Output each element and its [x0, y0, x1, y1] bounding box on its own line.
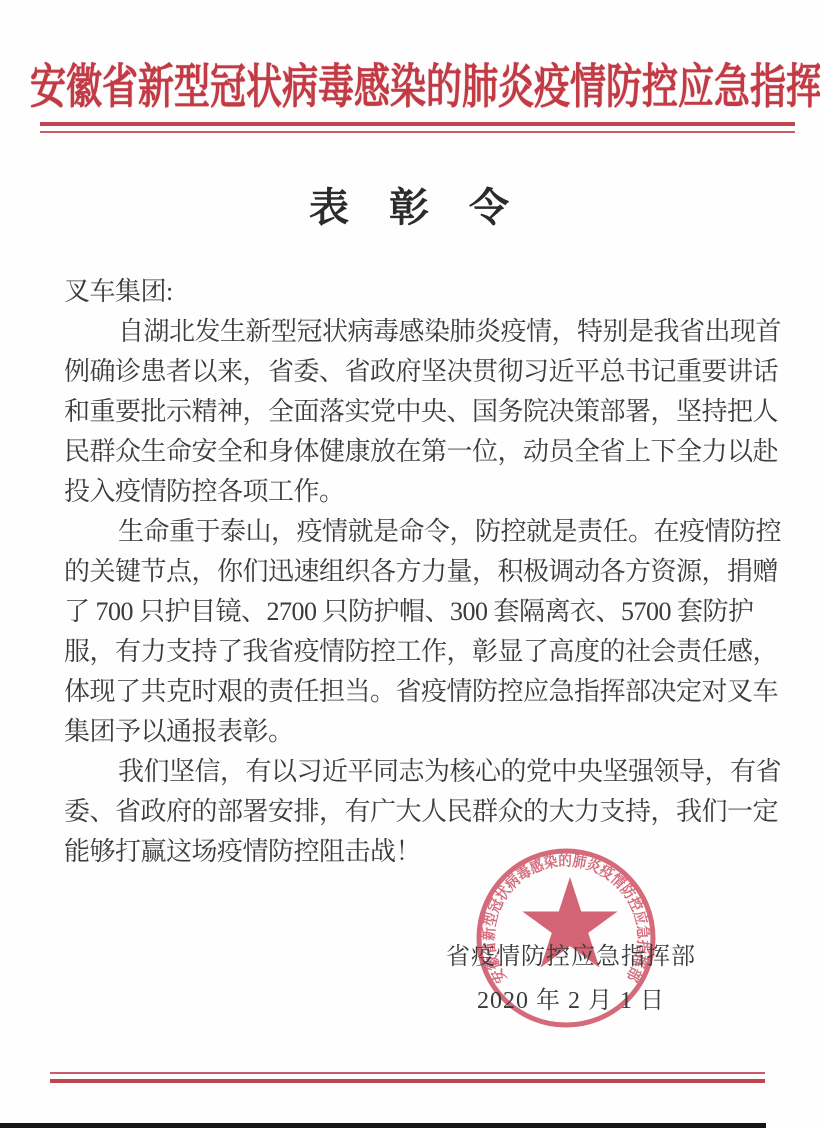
- body-line: 我们坚信，有以习近平同志为核心的党中央坚强领导，有省: [64, 752, 758, 792]
- paragraph: 生命重于泰山，疫情就是命令，防控就是责任。在疫情防控 的关键节点，你们迅速组织各…: [64, 512, 758, 752]
- signature-org: 省疫情防控应急指挥部: [441, 936, 701, 971]
- footer-rule-thick: [50, 1079, 765, 1083]
- document-page: 安徽省新型冠状病毒感染的肺炎疫情防控应急指挥部 表 彰 令 叉车集团: 自湖北发…: [0, 0, 820, 1129]
- body-line: 委、省政府的部署安排，有广大人民群众的大力支持，我们一定: [64, 792, 758, 832]
- signature-date: 2020 年 2 月 1 日: [441, 980, 701, 1015]
- footer-rule-thin: [50, 1072, 765, 1074]
- body-line: 民群众生命安全和身体健康放在第一位，动员全省上下全力以赴: [64, 432, 758, 472]
- body-line: 自湖北发生新型冠状病毒感染肺炎疫情，特别是我省出现首: [64, 312, 758, 352]
- salutation: 叉车集团:: [64, 272, 758, 312]
- document-title: 表 彰 令: [0, 176, 820, 233]
- body-line: 服，有力支持了我省疫情防控工作，彰显了高度的社会责任感，: [64, 632, 758, 672]
- body-line: 了 700 只护目镜、2700 只防护帽、300 套隔离衣、5700 套防护: [64, 592, 758, 632]
- scan-edge-bottom: [0, 1123, 766, 1128]
- letterhead-org-name: 安徽省新型冠状病毒感染的肺炎疫情防控应急指挥部: [30, 50, 790, 117]
- paragraph: 自湖北发生新型冠状病毒感染肺炎疫情，特别是我省出现首 例确诊患者以来，省委、省政…: [64, 312, 758, 512]
- body-line: 的关键节点，你们迅速组织各方力量，积极调动各方资源，捐赠: [64, 552, 758, 592]
- body-line: 集团予以通报表彰。: [64, 712, 758, 752]
- header-rule-thin: [40, 131, 795, 133]
- body-line: 和重要批示精神，全面落实党中央、国务院决策部署，坚持把人: [64, 392, 758, 432]
- header-rule-thick: [40, 122, 795, 126]
- document-body: 叉车集团: 自湖北发生新型冠状病毒感染肺炎疫情，特别是我省出现首 例确诊患者以来…: [64, 272, 758, 872]
- body-line: 投入疫情防控各项工作。: [64, 472, 758, 512]
- body-line: 生命重于泰山，疫情就是命令，防控就是责任。在疫情防控: [64, 512, 758, 552]
- body-line: 例确诊患者以来，省委、省政府坚决贯彻习近平总书记重要讲话: [64, 352, 758, 392]
- body-line: 体现了共克时艰的责任担当。省疫情防控应急指挥部决定对叉车: [64, 672, 758, 712]
